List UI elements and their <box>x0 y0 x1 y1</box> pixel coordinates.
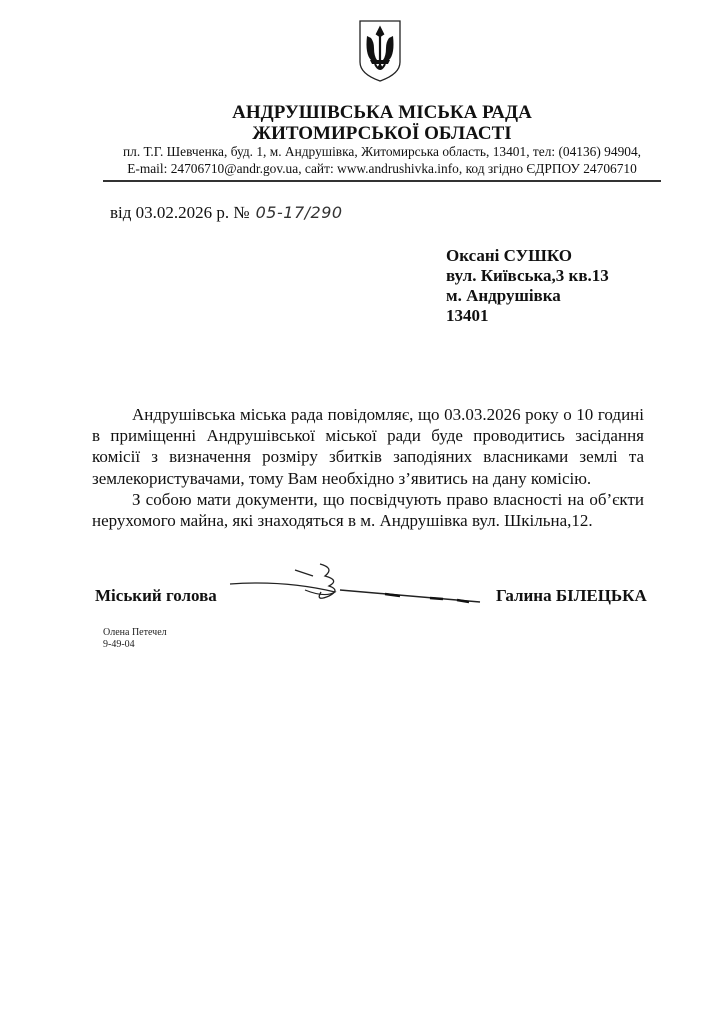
contact-address: пл. Т.Г. Шевченка, буд. 1, м. Андрушівка… <box>20 143 724 160</box>
coat-of-arms-icon <box>357 18 403 84</box>
reference-date: від 03.02.2026 р. № <box>110 203 250 222</box>
executor-name: Олена Петечел <box>103 627 167 639</box>
addressee-postal-code: 13401 <box>446 306 489 326</box>
reference-number: 05-17/290 <box>256 203 343 222</box>
letter-body: Андрушівська міська рада повідомляє, що … <box>92 404 644 531</box>
body-paragraph-1: Андрушівська міська рада повідомляє, що … <box>92 404 644 489</box>
body-paragraph-2: З собою мати документи, що посвідчують п… <box>92 489 644 531</box>
addressee-name: Оксані СУШКО <box>446 246 572 266</box>
signatory-name: Галина БІЛЕЦЬКА <box>496 586 647 606</box>
header-divider <box>103 180 661 182</box>
organization-name: АНДРУШІВСЬКА МІСЬКА РАДА <box>20 102 724 123</box>
addressee-street: вул. Київська,3 кв.13 <box>446 266 609 286</box>
document-reference: від 03.02.2026 р. №05-17/290 <box>110 203 343 223</box>
executor-phone: 9-49-04 <box>103 639 167 651</box>
addressee-city: м. Андрушівка <box>446 286 561 306</box>
executor-info: Олена Петечел 9-49-04 <box>103 627 167 651</box>
contact-email-site: E-mail: 24706710@andr.gov.ua, сайт: www.… <box>20 160 724 177</box>
organization-region: ЖИТОМИРСЬКОЇ ОБЛАСТІ <box>20 123 724 144</box>
handwritten-signature-icon <box>225 562 485 612</box>
signatory-position: Міський голова <box>95 586 217 606</box>
